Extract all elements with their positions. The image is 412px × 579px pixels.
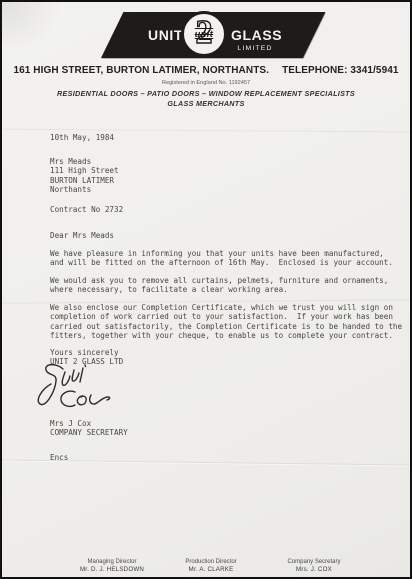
tagline-services: RESIDENTIAL DOORS – PATIO DOORS – WINDOW…: [2, 89, 410, 98]
telephone: TELEPHONE: 3341/5941: [282, 65, 399, 76]
handwritten-signature: [33, 361, 115, 417]
footer-company-secretary: Company Secretary Mrs. J. COX: [252, 558, 376, 574]
enclosures-note: Encs: [50, 453, 68, 462]
street-address: 161 HIGH STREET, BURTON LATIMER, NORTHAN…: [13, 65, 269, 76]
tagline-glass-merchants: GLASS MERCHANTS: [2, 99, 410, 108]
logo-unit-word: unit: [184, 29, 224, 39]
logo-limited-text: LIMITED: [232, 45, 278, 52]
registered-number: Registered in England No. 1192457: [2, 80, 410, 86]
salutation: Dear Mrs Meads: [50, 231, 114, 240]
body-paragraph-3: We also enclose our Completion Certifica…: [50, 303, 402, 340]
footer-title: Company Secretary: [252, 558, 376, 566]
scanned-letter-page: UNIT GLASS LIMITED 2 unit 161 HIGH STREE…: [0, 0, 412, 579]
contract-number: Contract No 2732: [50, 205, 123, 214]
body-paragraph-2: We would ask you to remove all curtains,…: [50, 276, 388, 295]
logo-unit-text: UNIT: [148, 28, 183, 42]
sender-name-title: Mrs J Cox COMPANY SECRETARY: [50, 419, 128, 438]
letterhead-address-line: 161 HIGH STREET, BURTON LATIMER, NORTHAN…: [2, 65, 410, 76]
scan-shadow: [2, 2, 62, 52]
logo-circle-emblem: 2 unit: [181, 11, 227, 57]
logo-glass-text: GLASS: [231, 28, 282, 42]
body-paragraph-1: We have pleasure in informing you that y…: [50, 249, 393, 268]
recipient-address: Mrs Meads 111 High Street BURTON LATIMER…: [50, 157, 119, 194]
letter-date: 10th May, 1984: [50, 133, 114, 142]
paper-crease: [2, 129, 410, 133]
footer-name: Mrs. J. COX: [252, 566, 376, 574]
